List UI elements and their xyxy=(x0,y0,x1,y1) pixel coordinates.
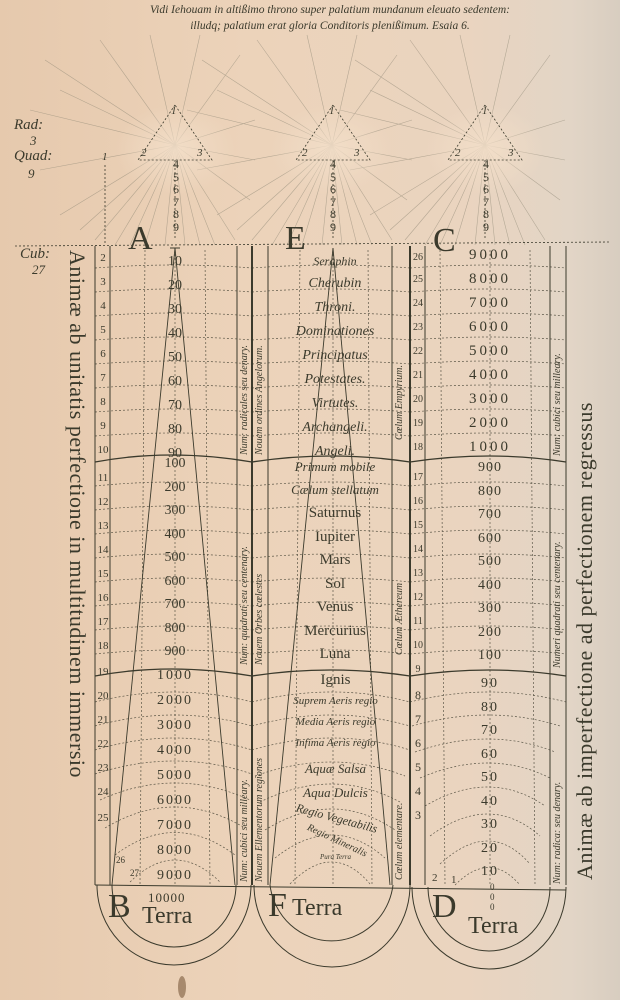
left-vertical-title: Animæ ab unitatis perfectione in multitu… xyxy=(64,250,90,778)
column-e-left-label-2: Nouem Orbes cœlestes xyxy=(254,574,265,665)
ink-stain xyxy=(178,976,186,998)
triangle-1-right: 3 xyxy=(197,147,203,159)
triangle-3-right: 3 xyxy=(508,147,514,159)
column-a-row-numbers: 23 45 67 89 1011 1213 1415 1617 1819 202… xyxy=(96,252,110,838)
column-c-row-1: 1 xyxy=(451,874,457,886)
cub-label: Cub: xyxy=(20,246,50,263)
triangle-2-apex: 1 xyxy=(329,105,335,117)
column-c-side-label-2: Numeri quadrati seu centenary. xyxy=(552,541,563,668)
column-e-left-label-1: Nouem ordines Angelorum. xyxy=(254,345,265,455)
quad-label: Quad: xyxy=(14,148,52,165)
triangle-3-apex: 1 xyxy=(482,105,488,117)
column-e-terra-label: Terra xyxy=(292,895,342,922)
right-vertical-title: Animæ ab imperfectione ad perfectionem r… xyxy=(572,402,598,880)
triangle-1-side-mark: 1 xyxy=(102,151,108,163)
column-c-terra-label: Terra xyxy=(468,913,518,940)
column-e-left-label-3: Nouem Ellementorum regiones xyxy=(254,758,265,882)
column-a-tier1-values: 1020 3040 5060 7080 90 xyxy=(140,254,210,470)
column-a-bottom-letter: B xyxy=(108,888,131,926)
triangle-2-sequence: 456 789 xyxy=(327,158,339,233)
column-e-letter: E xyxy=(285,220,306,258)
column-c-bottom-letter: D xyxy=(432,888,457,926)
triangle-1-left: 2 xyxy=(141,147,147,159)
triangle-1-sequence: 456 789 xyxy=(170,158,182,233)
column-c-tier3-values: 9080 7060 5040 3020 10 xyxy=(460,676,520,888)
triangle-2-right: 3 xyxy=(354,147,360,159)
quad-value: 9 xyxy=(28,166,35,182)
column-a-tier2-values: 100200 300400 500600 700800 900 xyxy=(135,456,215,668)
column-c-side-label-1: Num: cubici seu milleary. xyxy=(552,353,563,456)
column-a-tier3-values: 10002000 30004000 50006000 70008000 9000 xyxy=(130,668,220,893)
column-a-side-label-3: Num: cubici seu milleary. xyxy=(239,779,250,882)
triangle-3-left: 2 xyxy=(455,147,461,159)
rad-label: Rad: xyxy=(14,117,43,134)
column-a-terra-label: Terra xyxy=(142,903,192,930)
triangle-1-apex: 1 xyxy=(171,105,177,117)
column-e-tier3-values: Ignis Suprem Aeris regio Media Aeris reg… xyxy=(268,672,403,867)
column-e-tier1-values: SeraphinCherubin Throni.Dominationes Pri… xyxy=(265,254,405,468)
cub-value: 27 xyxy=(32,262,45,278)
triangle-3-sequence: 456 789 xyxy=(480,158,492,233)
column-c-bottom-value: 0 0 0 xyxy=(490,882,498,912)
rad-value: 3 xyxy=(30,133,37,149)
column-c-tier1-values: 90008000 70006000 50004000 30002000 1000 xyxy=(445,247,535,463)
triangle-2-left: 2 xyxy=(302,147,308,159)
column-e-tier2-values: Primum mobileCælum stellatum SaturnusIup… xyxy=(265,459,405,670)
column-c-row-2: 2 xyxy=(432,872,438,884)
column-c-tier2-values: 900800 700600 500400 300200 100 xyxy=(450,460,530,672)
column-a-letter: A xyxy=(128,220,153,258)
column-a-row-26: 26 xyxy=(116,855,125,865)
column-a-side-label-1: Num: radicales seu denary. xyxy=(239,345,250,455)
column-e-bottom-letter: F xyxy=(268,887,287,925)
column-c-row-numbers: 2625 2423 2221 2019 1817 1615 1413 1211 … xyxy=(411,252,425,832)
column-a-side-label-2: Num: quadrati seu centenary. xyxy=(239,546,250,665)
column-c-side-label-3: Num: radica: seu denary. xyxy=(552,782,563,884)
